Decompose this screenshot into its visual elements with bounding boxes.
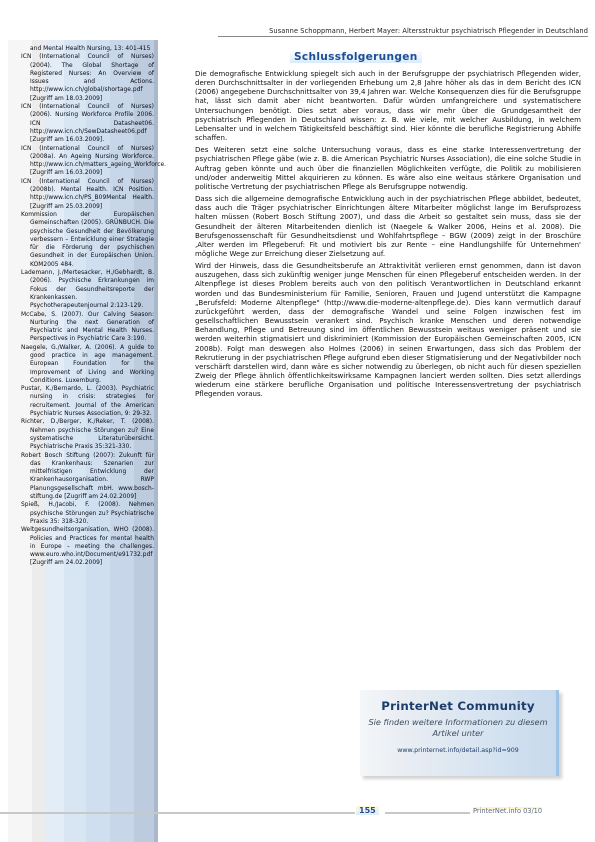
reference-item: and Mental Health Nursing, 13: 401-415 — [21, 45, 154, 53]
community-info-box: PrinterNet Community Sie finden weitere … — [360, 690, 559, 776]
reference-item: ICN (International Council of Nurses) (2… — [21, 103, 154, 144]
paragraph: Die demografische Entwicklung spiegelt s… — [195, 69, 581, 142]
community-box-title: PrinterNet Community — [360, 699, 556, 713]
reference-item: Weltgesundheitsorganisation, WHO (2008).… — [21, 526, 154, 567]
community-box-link[interactable]: www.printernet.info/detail.asp?id=909 — [360, 747, 556, 754]
reference-item: ICN (International Council of Nurses) (2… — [21, 178, 154, 211]
reference-item: ICN (International Council of Nurses) (2… — [21, 53, 154, 103]
section-title: Schlussfolgerungen — [290, 51, 422, 63]
magazine-issue: PrinterNet.info 03/10 — [473, 807, 542, 815]
reference-item: Lademann, J./Mertesacker, H./Gebhardt, B… — [21, 269, 154, 310]
community-box-subtitle: Sie finden weitere Informationen zu dies… — [360, 717, 556, 738]
paragraph: Des Weiteren setzt eine solche Untersuch… — [195, 145, 581, 191]
paragraph: Dass sich die allgemeine demografische E… — [195, 194, 581, 258]
footer-rule-right — [385, 812, 470, 814]
paragraph: Wird der Hinweis, dass die Gesundheitsbe… — [195, 261, 581, 398]
reference-item: Robert Bosch Stiftung (2007): Zukunft fü… — [21, 452, 154, 502]
reference-item: Richter, D./Berger, K./Reker, T. (2008).… — [21, 418, 154, 451]
reference-item: McCabe, S. (2007). Our Calving Season: N… — [21, 311, 154, 344]
reference-item: ICN (International Council of Nurses) (2… — [21, 145, 154, 178]
article-body: Die demografische Entwicklung spiegelt s… — [195, 69, 581, 401]
reference-list: and Mental Health Nursing, 13: 401-415 I… — [21, 45, 154, 568]
reference-item: Kommission der Europäischen Gemeinschaft… — [21, 211, 154, 269]
footer-rule-left — [0, 812, 355, 814]
reference-item: Naegele, G./Walker, A. (2006). A guide t… — [21, 344, 154, 385]
running-header: Susanne Schoppmann, Herbert Mayer: Alter… — [218, 27, 588, 37]
reference-item: Spieß, H./Jacobi, F. (2008). Nehmen psyc… — [21, 501, 154, 526]
reference-item: Pustar, K./Bernardo, L. (2003). Psychiat… — [21, 385, 154, 418]
page-number: 155 — [356, 806, 379, 815]
